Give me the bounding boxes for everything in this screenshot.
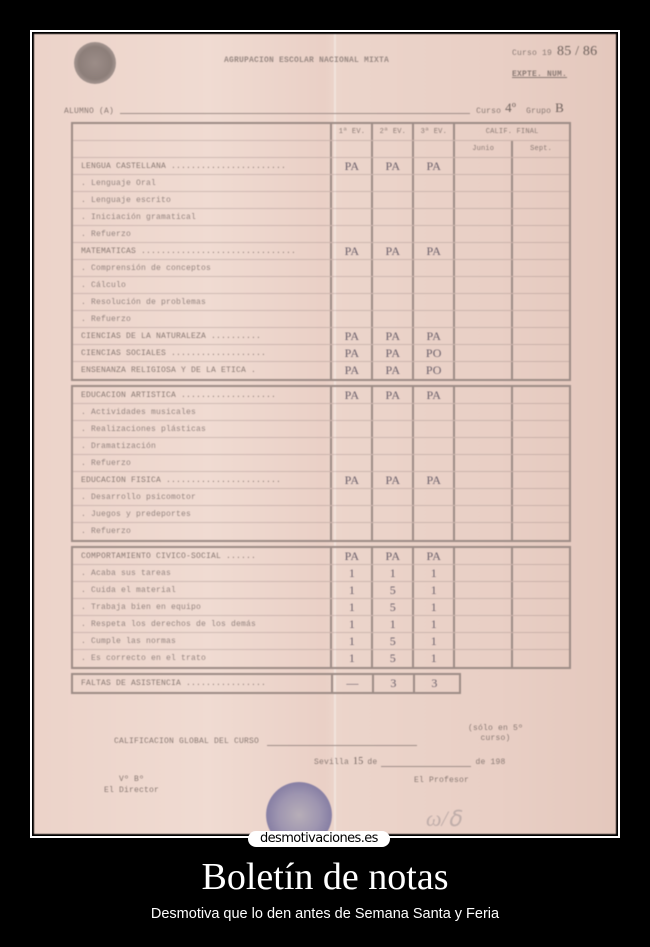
school-stamp-icon [266, 782, 332, 834]
subject-label: MATEMATICAS ............................… [73, 247, 330, 256]
grade-cell [371, 192, 412, 208]
table-row: . Lenguaje escrito [73, 192, 569, 209]
grade-cell [412, 421, 453, 437]
subitem-label: . Refuerzo [73, 230, 330, 239]
table-row: . Refuerzo [73, 311, 569, 328]
seal-icon [74, 42, 116, 84]
grade-cell [330, 455, 371, 471]
subitem-label: . Iniciación gramatical [73, 213, 330, 222]
grade-cell [412, 311, 453, 327]
grade-cell: PA [412, 548, 453, 564]
final-grade-cell [453, 311, 511, 327]
final-grade-cell [511, 421, 569, 437]
final-grade-cell [453, 404, 511, 420]
table-row: . Iniciación gramatical [73, 209, 569, 226]
final-grade-cell [453, 455, 511, 471]
final-grade-cell [453, 243, 511, 259]
record-number-label: EXPTE. NUM. [512, 70, 567, 79]
final-grade-cell [453, 489, 511, 505]
grade-cell: PA [412, 243, 453, 259]
grade-cell [330, 523, 371, 540]
final-grade-cell [511, 243, 569, 259]
final-grade-cell [453, 387, 511, 403]
final-grade-cell [511, 387, 569, 403]
grade-cell: PA [330, 472, 371, 488]
poster-frame: AGRUPACION ESCOLAR NACIONAL MIXTA Curso … [30, 30, 620, 838]
subitem-label: . Desarrollo psicomotor [73, 493, 330, 502]
grade-cell [412, 523, 453, 540]
grade-cell [412, 489, 453, 505]
grade-cell: PA [330, 158, 371, 174]
grade-cell: 3 [372, 675, 413, 692]
grade-cell [412, 438, 453, 454]
grade-cell: 1 [330, 582, 371, 598]
school-year-label: Curso 19 [512, 49, 552, 58]
grade-cell [330, 192, 371, 208]
subject-label: EDUCACION FISICA ....................... [73, 476, 330, 485]
date-year: de 198 [475, 758, 505, 767]
grade-cell [330, 489, 371, 505]
grade-cell [412, 260, 453, 276]
final-grade-cell [511, 455, 569, 471]
table-row: MATEMATICAS ............................… [73, 243, 569, 260]
grade-cell: PA [330, 345, 371, 361]
final-grade-cell [511, 294, 569, 310]
table-row: . Resolución de problemas [73, 294, 569, 311]
date-line: Sevilla 15 de de 198 [314, 756, 505, 767]
table-row: . Realizaciones plásticas [73, 421, 569, 438]
grade-cell [371, 277, 412, 293]
final-grade-cell [511, 472, 569, 488]
table-row: CIENCIAS SOCIALES ...................PAP… [73, 345, 569, 362]
date-city: Sevilla [314, 758, 349, 767]
date-day: 15 [353, 756, 363, 767]
header-row: 1ª EV. 2ª EV. 3ª EV. CALIF. FINAL [73, 124, 569, 141]
final-grade-cell [453, 158, 511, 174]
student-name-line [120, 113, 470, 114]
final-grade-cell [453, 421, 511, 437]
grade-cell: 5 [371, 633, 412, 649]
final-grade-cell [453, 523, 511, 540]
subitem-label: . Refuerzo [73, 315, 330, 324]
final-grade-label: CALIFICACION GLOBAL DEL CURSO [114, 737, 259, 746]
grade-cell: PO [412, 362, 453, 379]
grade-cell [371, 260, 412, 276]
absences-block: FALTAS DE ASISTENCIA ................—33 [71, 673, 461, 694]
final-grade-cell [511, 175, 569, 191]
report-card-photo: AGRUPACION ESCOLAR NACIONAL MIXTA Curso … [34, 34, 616, 834]
grade-cell [371, 294, 412, 310]
final-grade-cell [453, 209, 511, 225]
grade-cell [412, 294, 453, 310]
arts-pe-block: EDUCACION ARTISTICA ...................P… [71, 385, 571, 542]
final-grade-cell [453, 650, 511, 667]
poster-subtitle: Desmotiva que lo den antes de Semana San… [0, 906, 650, 922]
column-final-june: Junio [453, 141, 511, 157]
final-grade-line: CALIFICACION GLOBAL DEL CURSO [114, 737, 417, 746]
group-value: B [555, 100, 564, 116]
grade-cell [371, 523, 412, 540]
final-grade-cell [511, 362, 569, 379]
grade-cell: 1 [330, 650, 371, 667]
grade-cell [330, 294, 371, 310]
final-grade-cell [453, 633, 511, 649]
final-grade-cell [453, 438, 511, 454]
date-month-blank [381, 766, 471, 767]
table-row: . Cálculo [73, 277, 569, 294]
table-row: . Juegos y predeportes [73, 506, 569, 523]
final-grade-cell [453, 565, 511, 581]
director-signature-block: Vº Bº El Director [104, 774, 159, 796]
grade-cell [412, 209, 453, 225]
course-value: 4º [505, 100, 516, 116]
subject-label: LENGUA CASTELLANA ......................… [73, 162, 330, 171]
grade-cell [412, 192, 453, 208]
grade-cell [371, 226, 412, 242]
subitem-label: . Trabaja bien en equipo [73, 603, 330, 612]
grade-cell: 5 [371, 599, 412, 615]
column-eval-1: 1ª EV. [330, 124, 371, 140]
grade-cell: PO [412, 345, 453, 361]
final-grade-cell [511, 192, 569, 208]
subject-label: COMPORTAMIENTO CIVICO-SOCIAL ...... [73, 552, 330, 561]
final-grade-cell [453, 226, 511, 242]
final-grade-cell [511, 565, 569, 581]
table-row: . Refuerzo [73, 455, 569, 472]
table-row: . Trabaja bien en equipo151 [73, 599, 569, 616]
final-grade-cell [453, 472, 511, 488]
subitem-label: . Resolución de problemas [73, 298, 330, 307]
grade-cell: PA [412, 472, 453, 488]
grade-cell [330, 438, 371, 454]
grade-cell: PA [330, 387, 371, 403]
behaviour-block: COMPORTAMIENTO CIVICO-SOCIAL ......PAPAP… [71, 546, 571, 669]
subitem-label: . Cálculo [73, 281, 330, 290]
final-grade-cell [511, 548, 569, 564]
final-grade-cell [511, 633, 569, 649]
grade-cell: PA [371, 548, 412, 564]
table-row: . Refuerzo [73, 226, 569, 243]
grade-cell [412, 455, 453, 471]
grade-cell [330, 421, 371, 437]
grade-cell [412, 404, 453, 420]
grade-cell: PA [371, 158, 412, 174]
grade-cell [330, 209, 371, 225]
table-row: LENGUA CASTELLANA ......................… [73, 158, 569, 175]
subitem-label: . Acaba sus tareas [73, 569, 330, 578]
header-subrow: Junio Sept. [73, 141, 569, 158]
grade-cell: PA [371, 362, 412, 379]
grade-cell: 1 [412, 582, 453, 598]
table-row: . Desarrollo psicomotor [73, 489, 569, 506]
table-row: . Dramatización [73, 438, 569, 455]
subitem-label: . Juegos y predeportes [73, 510, 330, 519]
corner-note: (sólo en 5º curso) [468, 724, 523, 744]
date-de: de [367, 758, 377, 767]
final-grade-cell [511, 328, 569, 344]
subject-label: CIENCIAS DE LA NATURALEZA .......... [73, 332, 330, 341]
grade-cell: 1 [330, 633, 371, 649]
grade-cell: 1 [371, 616, 412, 632]
grade-cell [371, 438, 412, 454]
grade-cell [412, 277, 453, 293]
table-row: CIENCIAS DE LA NATURALEZA ..........PAPA… [73, 328, 569, 345]
document-title: AGRUPACION ESCOLAR NACIONAL MIXTA [224, 56, 389, 65]
final-grade-cell [453, 345, 511, 361]
table-row: . Comprensión de conceptos [73, 260, 569, 277]
grade-cell: 1 [330, 565, 371, 581]
grade-cell: — [331, 675, 372, 692]
table-row: . Cumple las normas151 [73, 633, 569, 650]
final-grade-cell [511, 650, 569, 667]
final-grade-cell [511, 616, 569, 632]
grade-cell [371, 506, 412, 522]
subject-label: FALTAS DE ASISTENCIA ................ [73, 679, 331, 688]
final-grade-cell [453, 192, 511, 208]
grade-cell: 1 [330, 599, 371, 615]
final-grade-cell [511, 209, 569, 225]
subject-label: CIENCIAS SOCIALES ................... [73, 349, 330, 358]
school-year-value: 85 / 86 [557, 44, 597, 59]
grade-cell: 1 [412, 565, 453, 581]
site-watermark: desmotivaciones.es [248, 831, 390, 847]
final-grade-cell [453, 506, 511, 522]
subitem-label: . Refuerzo [73, 459, 330, 468]
subitem-label: . Realizaciones plásticas [73, 425, 330, 434]
subitem-label: . Refuerzo [73, 527, 330, 536]
table-row: . Lenguaje Oral [73, 175, 569, 192]
final-grade-cell [453, 175, 511, 191]
student-line: ALUMNO (A) Curso 4º Grupo B [64, 100, 564, 116]
final-grade-cell [453, 277, 511, 293]
final-grade-cell [511, 489, 569, 505]
grade-cell [371, 209, 412, 225]
column-eval-3: 3ª EV. [412, 124, 453, 140]
student-label: ALUMNO (A) [64, 107, 114, 116]
grade-cell [412, 175, 453, 191]
subitem-label: . Dramatización [73, 442, 330, 451]
final-grade-cell [511, 345, 569, 361]
grade-cell [412, 226, 453, 242]
table-row: . Es correcto en el trato151 [73, 650, 569, 667]
grade-cell: PA [412, 158, 453, 174]
grade-cell: 1 [371, 565, 412, 581]
final-grade-cell [453, 599, 511, 615]
grade-cell: PA [371, 243, 412, 259]
subitem-label: . Lenguaje Oral [73, 179, 330, 188]
school-year: Curso 19 85 / 86 [512, 44, 597, 60]
teacher-label: El Profesor [414, 776, 469, 785]
grade-cell [330, 277, 371, 293]
teacher-signature: ω/ẟ [426, 806, 461, 832]
grade-cell [330, 226, 371, 242]
grade-cell [371, 175, 412, 191]
poster-title: Boletín de notas [0, 855, 650, 899]
grade-cell: 5 [371, 582, 412, 598]
final-grade-cell [453, 294, 511, 310]
table-row: . Refuerzo [73, 523, 569, 540]
final-grade-cell [511, 158, 569, 174]
grade-cell: 5 [371, 650, 412, 667]
grade-cell [371, 311, 412, 327]
grade-cell [330, 404, 371, 420]
table-row: EDUCACION ARTISTICA ...................P… [73, 387, 569, 404]
subject-label: ENSEÑANZA RELIGIOSA Y DE LA ETICA . [73, 366, 330, 375]
final-grade-cell [511, 226, 569, 242]
final-grade-cell [453, 582, 511, 598]
grade-cell: PA [371, 328, 412, 344]
subitem-label: . Cuida el material [73, 586, 330, 595]
grade-cell: 1 [412, 599, 453, 615]
group-label: Grupo [526, 107, 551, 116]
grade-cell [371, 455, 412, 471]
grade-cell: 1 [412, 650, 453, 667]
final-grade-cell [511, 523, 569, 540]
grade-cell: PA [412, 387, 453, 403]
final-grade-cell [511, 438, 569, 454]
grade-cell [330, 506, 371, 522]
column-final-sept: Sept. [511, 141, 569, 157]
final-grade-cell [511, 599, 569, 615]
grade-cell [330, 311, 371, 327]
grade-cell: PA [412, 328, 453, 344]
final-grade-cell [453, 260, 511, 276]
grade-cell: 1 [412, 616, 453, 632]
grade-cell [371, 489, 412, 505]
subitem-label: . Cumple las normas [73, 637, 330, 646]
final-grade-cell [511, 404, 569, 420]
grade-cell [412, 506, 453, 522]
subitem-label: . Actividades musicales [73, 408, 330, 417]
final-grade-cell [453, 362, 511, 379]
grade-cell: PA [330, 328, 371, 344]
subitem-label: . Comprensión de conceptos [73, 264, 330, 273]
table-row: . Acaba sus tareas111 [73, 565, 569, 582]
subitem-label: . Es correcto en el trato [73, 654, 330, 663]
table-row: FALTAS DE ASISTENCIA ................—33 [73, 675, 459, 692]
grade-cell: PA [371, 387, 412, 403]
subject-label: EDUCACION ARTISTICA ................... [73, 391, 330, 400]
column-final: CALIF. FINAL [453, 124, 569, 140]
table-row: ENSEÑANZA RELIGIOSA Y DE LA ETICA .PAPAP… [73, 362, 569, 379]
grade-cell: 1 [330, 616, 371, 632]
grade-cell: 1 [412, 633, 453, 649]
final-grade-cell [453, 328, 511, 344]
grade-cell [371, 421, 412, 437]
grade-cell: PA [330, 362, 371, 379]
grade-cell: PA [330, 243, 371, 259]
final-grade-cell [511, 277, 569, 293]
grade-cell [371, 404, 412, 420]
grade-cell: 3 [413, 675, 454, 692]
table-row: . Respeta los derechos de los demás111 [73, 616, 569, 633]
table-header: 1ª EV. 2ª EV. 3ª EV. CALIF. FINAL Junio … [71, 122, 571, 381]
table-row: EDUCACION FISICA .......................… [73, 472, 569, 489]
subitem-label: . Respeta los derechos de los demás [73, 620, 330, 629]
grade-cell [330, 260, 371, 276]
column-eval-2: 2ª EV. [371, 124, 412, 140]
final-grade-blank [267, 745, 417, 746]
final-grade-cell [453, 616, 511, 632]
final-grade-cell [511, 582, 569, 598]
table-row: COMPORTAMIENTO CIVICO-SOCIAL ......PAPAP… [73, 548, 569, 565]
final-grade-cell [511, 260, 569, 276]
grade-cell: PA [371, 345, 412, 361]
grades-table: 1ª EV. 2ª EV. 3ª EV. CALIF. FINAL Junio … [71, 122, 571, 698]
grade-cell [330, 175, 371, 191]
course-label: Curso [476, 107, 501, 116]
table-row: . Actividades musicales [73, 404, 569, 421]
subitem-label: . Lenguaje escrito [73, 196, 330, 205]
final-grade-cell [511, 311, 569, 327]
final-grade-cell [511, 506, 569, 522]
grade-cell: PA [371, 472, 412, 488]
grade-cell: PA [330, 548, 371, 564]
table-row: . Cuida el material151 [73, 582, 569, 599]
final-grade-cell [453, 548, 511, 564]
